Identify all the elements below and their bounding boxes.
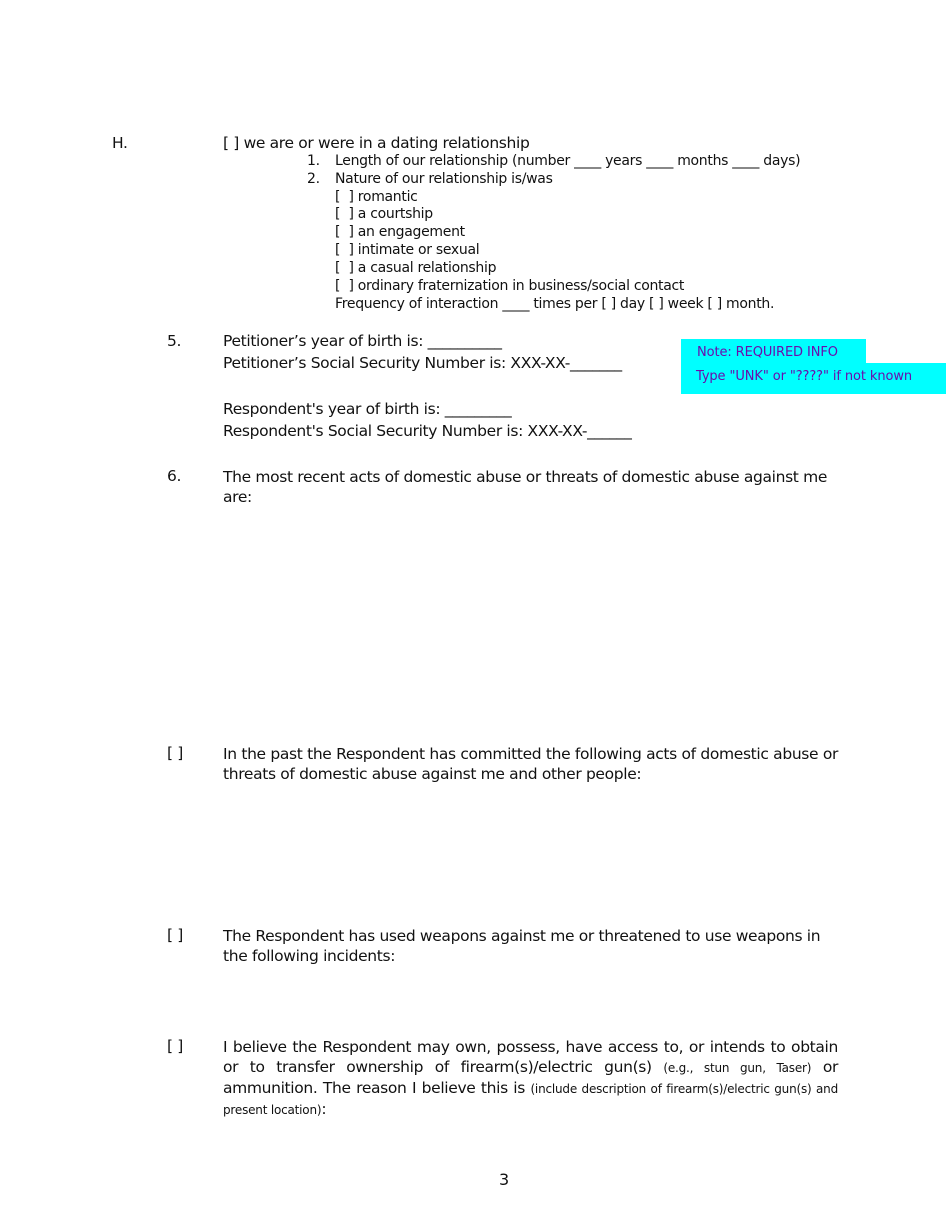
section-h-label: H.: [112, 134, 128, 152]
option-casual[interactable]: [ ] a casual relationship: [335, 260, 496, 276]
option-intimate[interactable]: [ ] intimate or sexual: [335, 242, 479, 258]
respondent-year-of-birth-field[interactable]: Respondent's year of birth is: _________: [223, 400, 511, 418]
firearms-text: I believe the Respondent may own, posses…: [223, 1037, 838, 1120]
option-romantic[interactable]: [ ] romantic: [335, 189, 418, 205]
firearms-checkbox[interactable]: [ ]: [167, 1037, 183, 1055]
required-info-note: Note: REQUIRED INFO: [681, 339, 866, 365]
relationship-nature-item: 2. Nature of our relationship is/was: [307, 171, 320, 187]
option-label: romantic: [358, 189, 418, 205]
firearms-text-c: :: [321, 1100, 326, 1118]
option-label: an engagement: [358, 224, 465, 240]
note-line-2: Type "UNK" or "????" if not known: [696, 369, 912, 384]
firearms-example: (e.g., stun gun, Taser): [663, 1061, 811, 1075]
item-number: 1.: [307, 153, 320, 169]
option-engagement[interactable]: [ ] an engagement: [335, 224, 465, 240]
dating-checkbox[interactable]: [ ]: [223, 134, 239, 152]
item-number: 2.: [307, 171, 320, 187]
item6-text: The most recent acts of domestic abuse o…: [223, 467, 843, 507]
item5-number: 5.: [167, 332, 181, 350]
dating-relationship-checkbox-line[interactable]: [ ] we are or were in a dating relations…: [223, 134, 529, 152]
item6-number: 6.: [167, 467, 181, 485]
weapons-text: The Respondent has used weapons against …: [223, 926, 838, 966]
relationship-nature-text: Nature of our relationship is/was: [335, 171, 553, 187]
past-acts-text: In the past the Respondent has committed…: [223, 744, 838, 784]
required-info-note-detail: Type "UNK" or "????" if not known: [681, 363, 946, 394]
option-courtship[interactable]: [ ] a courtship: [335, 206, 433, 222]
past-acts-checkbox[interactable]: [ ]: [167, 744, 183, 762]
respondent-ssn-field[interactable]: Respondent's Social Security Number is: …: [223, 422, 631, 440]
relationship-length-item: 1. Length of our relationship (number __…: [307, 153, 320, 169]
note-line-1: Note: REQUIRED INFO: [697, 345, 838, 360]
dating-relationship-text: we are or were in a dating relationship: [244, 134, 530, 152]
option-label: intimate or sexual: [358, 242, 480, 258]
option-label: ordinary fraternization in business/soci…: [358, 278, 684, 294]
weapons-checkbox[interactable]: [ ]: [167, 926, 183, 944]
petitioner-year-of-birth-field[interactable]: Petitioner’s year of birth is: _________…: [223, 332, 502, 350]
relationship-length-text: Length of our relationship (number ____ …: [335, 153, 800, 169]
option-label: a casual relationship: [358, 260, 496, 276]
option-label: a courtship: [358, 206, 433, 222]
option-fraternization[interactable]: [ ] ordinary fraternization in business/…: [335, 278, 684, 294]
frequency-of-interaction[interactable]: Frequency of interaction ____ times per …: [335, 296, 774, 312]
page-number: 3: [499, 1170, 509, 1189]
petitioner-ssn-field[interactable]: Petitioner’s Social Security Number is: …: [223, 354, 622, 372]
